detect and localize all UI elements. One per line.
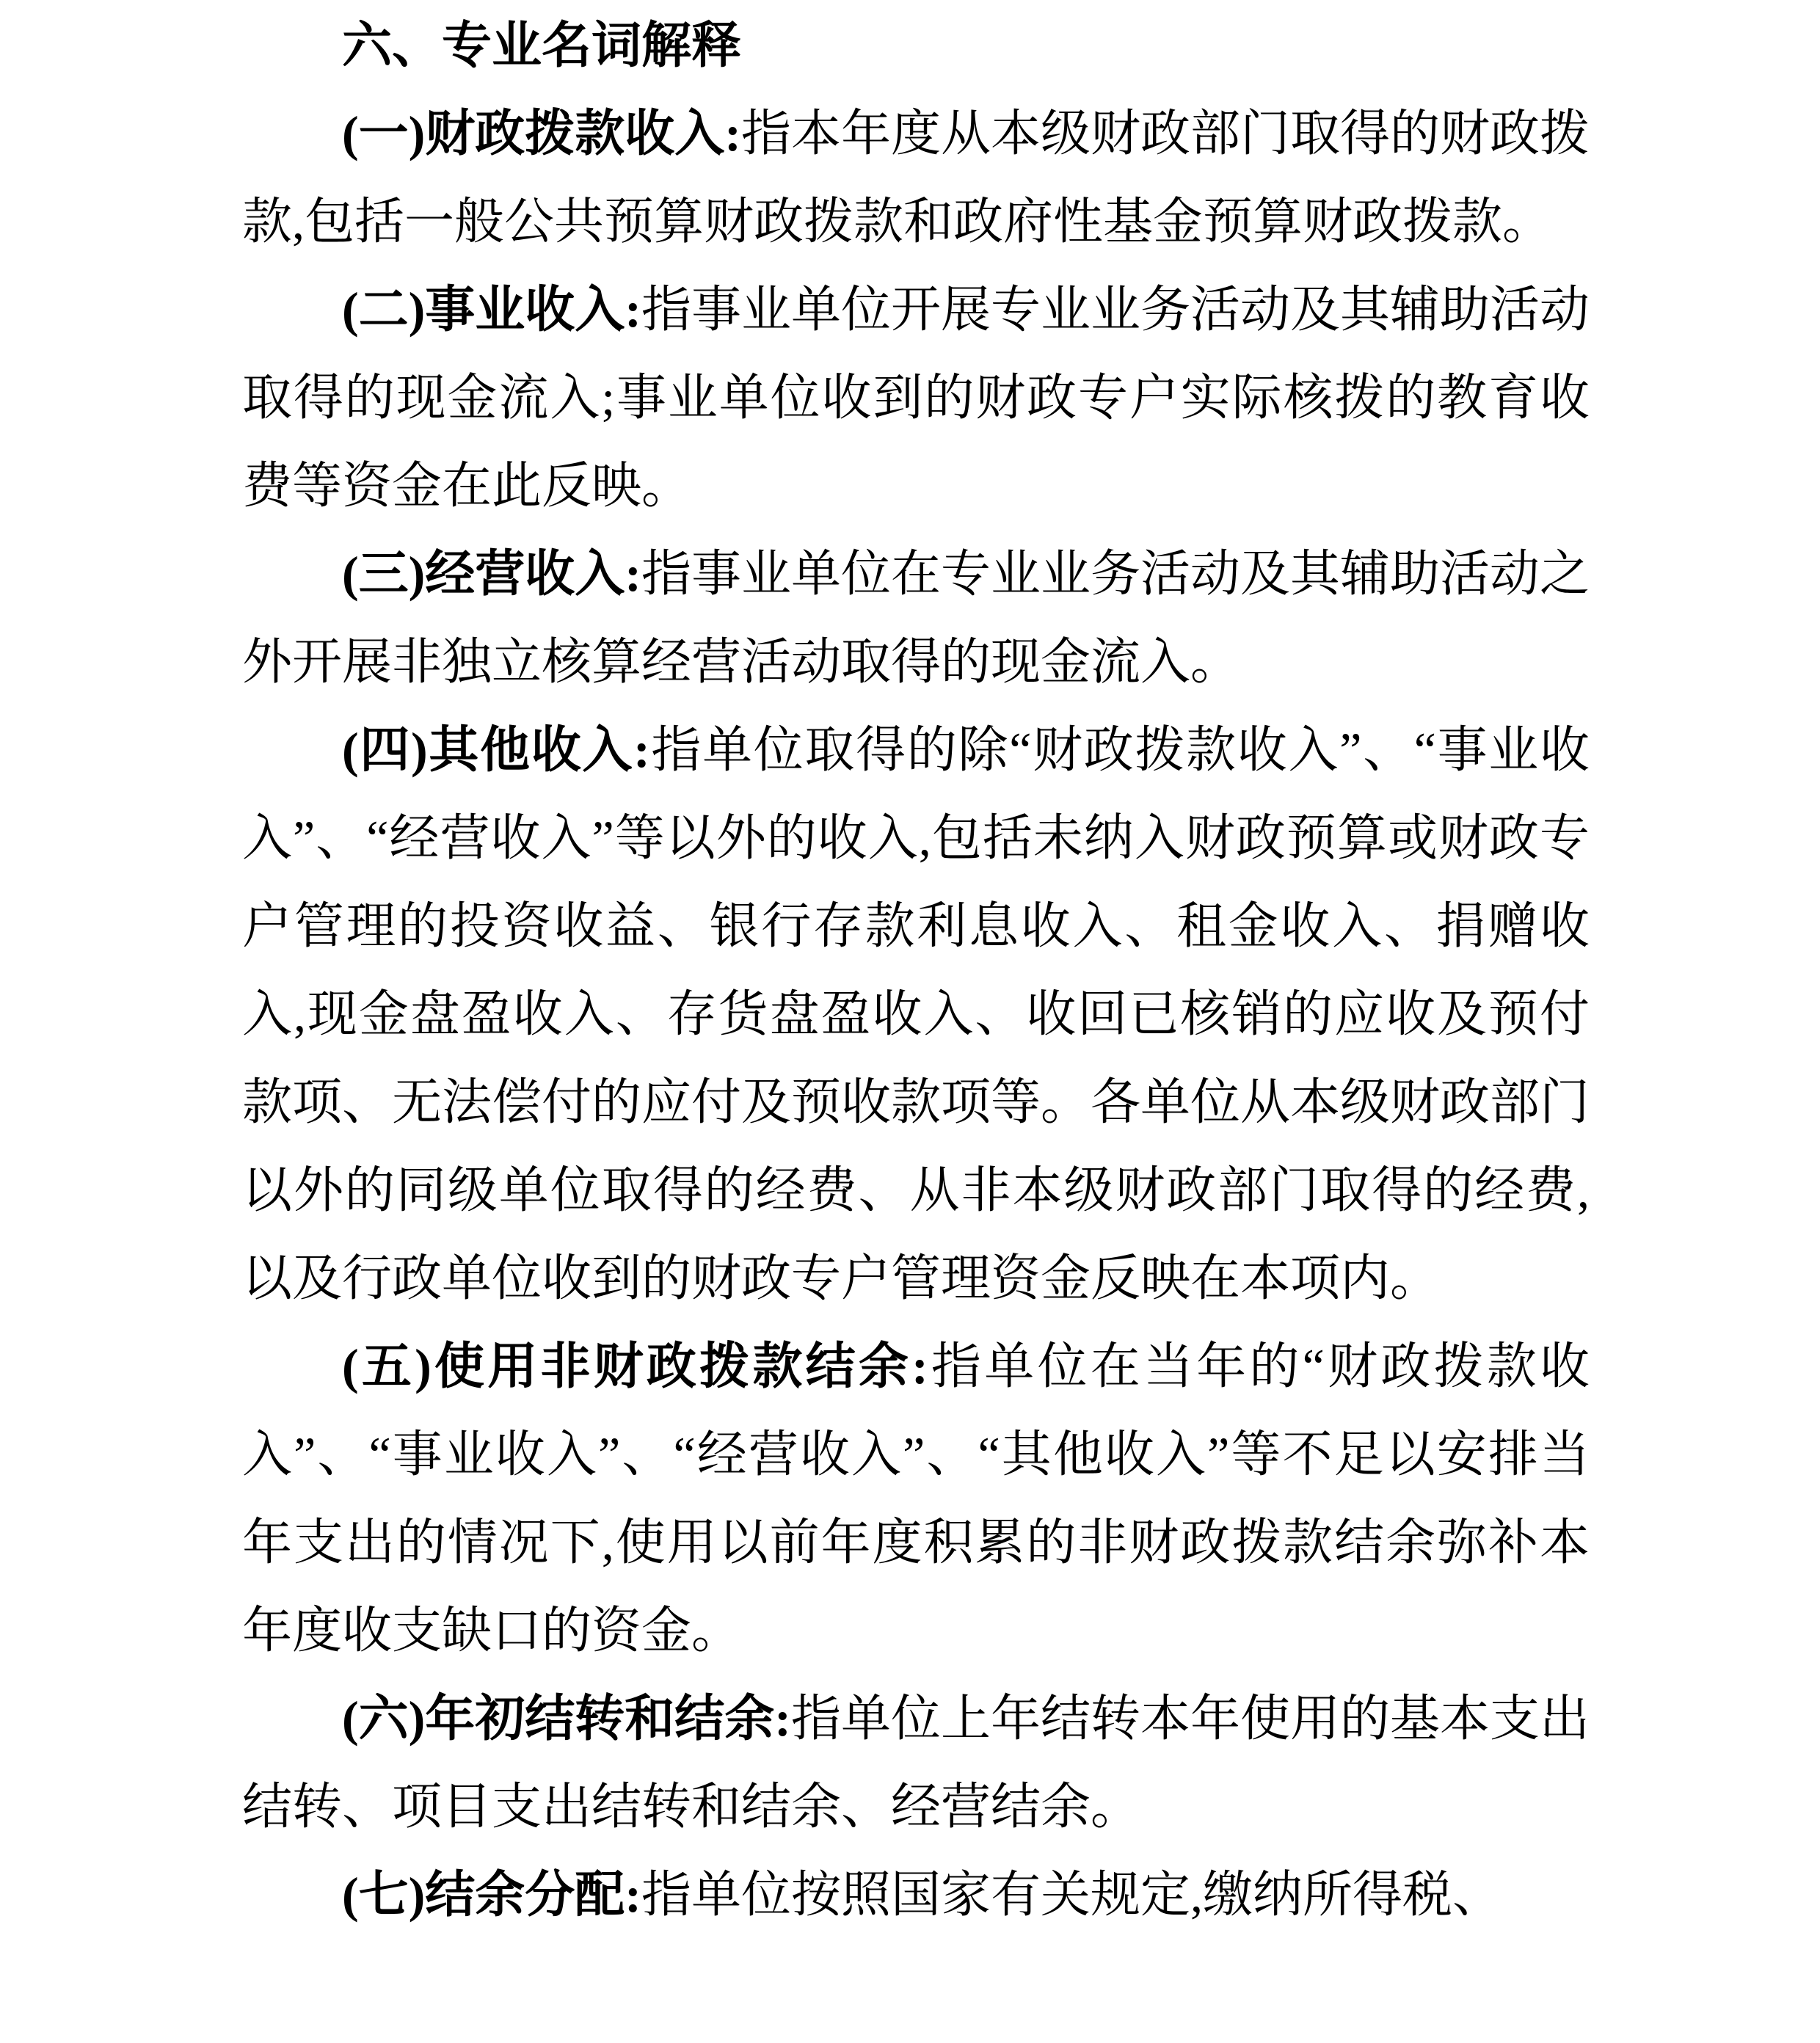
- definition-paragraph: (四)其他收入:指单位取得的除“财政拨款收入”、“事业收入”、“经营收入”等以外…: [242, 706, 1590, 1322]
- definition-paragraph: (三)经营收入:指事业单位在专业业务活动及其辅助活动之外开展非独立核算经营活动取…: [242, 530, 1590, 706]
- definition-term: (六)年初结转和结余:: [342, 1691, 791, 1747]
- definition-term: (四)其他收入:: [342, 722, 650, 778]
- definition-term: (一)财政拨款收入:: [342, 106, 741, 161]
- definition-paragraph: (七)结余分配:指单位按照国家有关规定,缴纳所得税、: [242, 1851, 1590, 1939]
- definition-paragraph: (二)事业收入:指事业单位开展专业业务活动及其辅助活动取得的现金流入;事业单位收…: [242, 266, 1590, 530]
- definition-term: (三)经营收入:: [342, 546, 641, 602]
- definition-body: 指单位按照国家有关规定,缴纳所得税、: [641, 1867, 1502, 1923]
- definition-body: 指单位取得的除“财政拨款收入”、“事业收入”、“经营收入”等以外的收入,包括未纳…: [242, 722, 1590, 1306]
- definition-term: (二)事业收入:: [342, 282, 641, 338]
- definition-paragraph: (六)年初结转和结余:指单位上年结转本年使用的基本支出结转、项目支出结转和结余、…: [242, 1675, 1590, 1851]
- definition-term: (七)结余分配:: [342, 1867, 641, 1923]
- definition-paragraph: (一)财政拨款收入:指本年度从本级财政部门取得的财政拨款,包括一般公共预算财政拨…: [242, 90, 1590, 266]
- section-heading: 六、专业名词解释: [242, 1, 1590, 90]
- definition-term: (五)使用非财政拨款结余:: [342, 1339, 928, 1394]
- document-page: 六、专业名词解释 (一)财政拨款收入:指本年度从本级财政部门取得的财政拨款,包括…: [242, 0, 1590, 1939]
- definition-paragraph: (五)使用非财政拨款结余:指单位在当年的“财政拨款收入”、“事业收入”、“经营收…: [242, 1322, 1590, 1675]
